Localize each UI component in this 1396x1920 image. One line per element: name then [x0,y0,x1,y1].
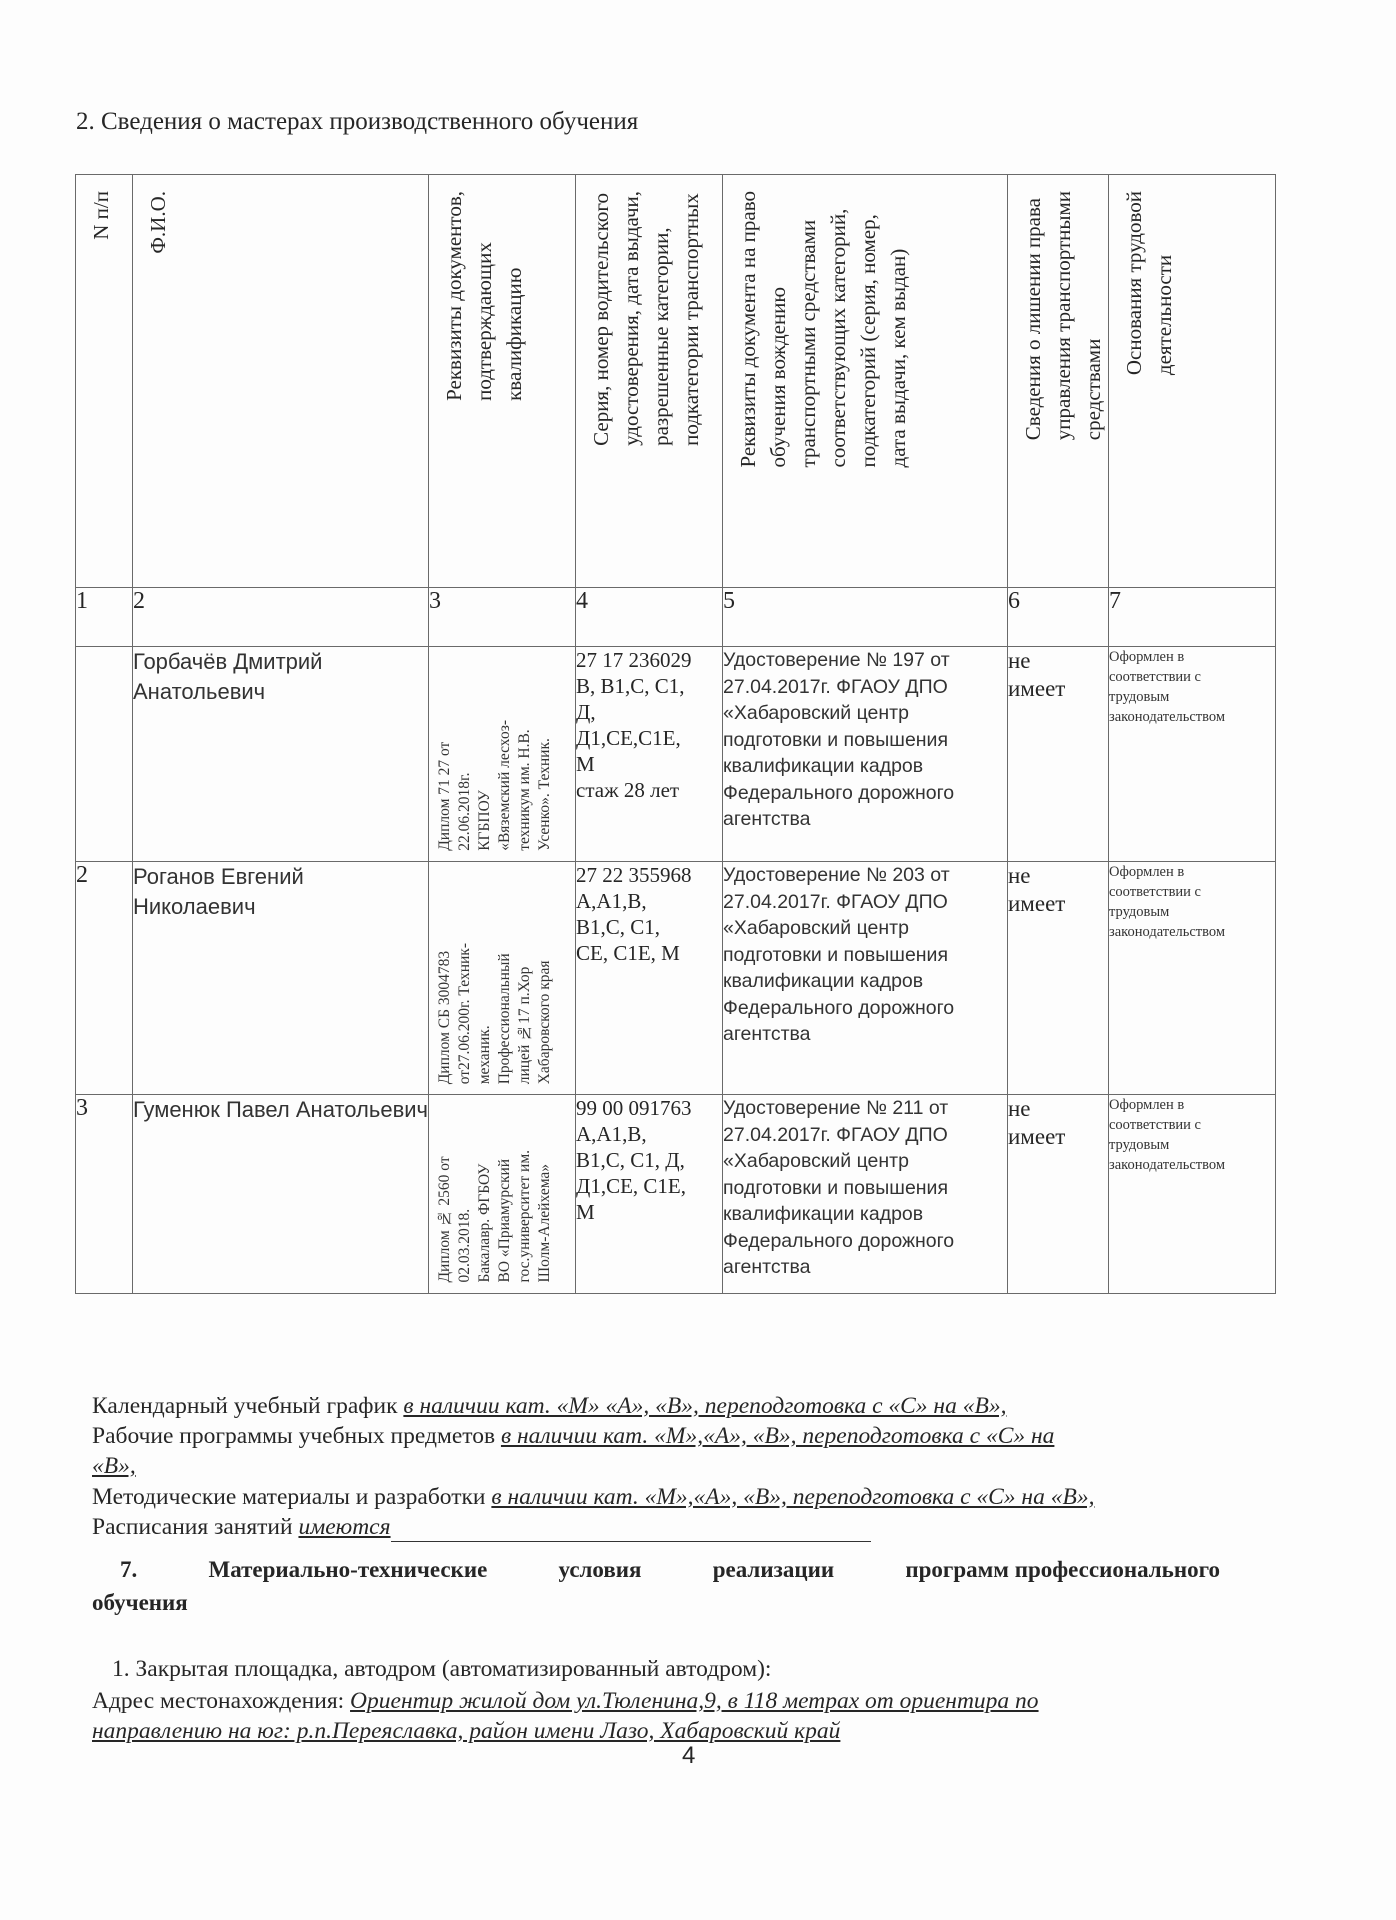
address-label: Адрес местонахождения: [92,1688,350,1714]
table-row: 3 Гуменюк Павел Анатольевич Диплом № 256… [76,1095,1276,1294]
header-deprivation-label: Сведения о лишении права управления тран… [1008,175,1122,456]
qualification-text: Диплом СБ 3004783 от27.06.200г. Техник- … [429,935,563,1094]
calendar-label: Календарный учебный график [92,1393,403,1419]
row-license: 27 22 355968 А,А1,В, В1,С, С1, СЕ, С1Е, … [576,862,723,1095]
qualification-text: Диплом 71 27 от 22.06.2018г. КГБПОУ «Вяз… [429,712,563,861]
row-name: Гуменюк Павел Анатольевич [133,1095,429,1294]
programs-label: Рабочие программы учебных предметов [92,1423,501,1449]
row-certificate: Удостоверение № 211 от 27.04.2017г. ФГАО… [723,1095,1008,1294]
header-basis-label: Основания трудовой деятельности [1109,175,1193,391]
header-name-label: Ф.И.О. [133,175,187,270]
row-name: Горбачёв Дмитрий Анатольевич [133,647,429,862]
page-number: 4 [682,1742,695,1770]
row-certificate: Удостоверение № 197 от 27.04.2017г. ФГАО… [723,647,1008,862]
methods-value: в наличии кат. «М»,«А», «В», переподгото… [491,1484,1094,1510]
section-7-word: реализации [713,1553,834,1586]
schedule-fill-line [391,1514,871,1542]
schedule-line: Расписания занятий имеются [92,1514,871,1542]
table-row: 2 Роганов Евгений Николаевич Диплом СБ 3… [76,862,1276,1095]
header-qualification: Реквизиты документов, подтверждающих ква… [429,175,576,588]
programs-value: в наличии кат. «М»,«А», «В», переподгото… [501,1423,1054,1449]
methods-label: Методические материалы и разработки [92,1484,491,1510]
row-num [76,647,133,862]
row-license: 27 17 236029 В, В1,С, С1, Д, Д1,СЕ,С1Е, … [576,647,723,862]
row-license: 99 00 091763 А,А1,В, В1,С, С1, Д, Д1,СЕ,… [576,1095,723,1294]
col-number: 3 [429,588,576,647]
header-deprivation: Сведения о лишении права управления тран… [1008,175,1109,588]
header-num: N п/п [76,175,133,588]
header-num-label: N п/п [76,175,130,256]
row-qualification: Диплом № 2560 от 02.03.2018. Бакалавр. Ф… [429,1095,576,1294]
header-certificate-label: Реквизиты документа на право обучения во… [723,175,927,483]
row-name: Роганов Евгений Николаевич [133,862,429,1095]
calendar-line: Календарный учебный график в наличии кат… [92,1393,1006,1420]
methods-line: Методические материалы и разработки в на… [92,1484,1094,1511]
column-number-row: 1 2 3 4 5 6 7 [76,588,1276,647]
header-basis: Основания трудовой деятельности [1109,175,1276,588]
programs-value-cont: «В», [92,1453,136,1479]
row-basis: Оформлен в соответствии с трудовым закон… [1109,1095,1276,1294]
col-number: 1 [76,588,133,647]
header-certificate: Реквизиты документа на право обучения во… [723,175,1008,588]
section-7-word: программ профессионального [905,1553,1220,1586]
address-value-cont: направлению на юг: р.п.Переяславка, райо… [92,1718,840,1744]
address-line: Адрес местонахождения: Ориентир жилой до… [92,1688,1039,1715]
schedule-value: имеются [298,1514,390,1540]
header-name: Ф.И.О. [133,175,429,588]
col-number: 4 [576,588,723,647]
row-qualification: Диплом 71 27 от 22.06.2018г. КГБПОУ «Вяз… [429,647,576,862]
table-row: Горбачёв Дмитрий Анатольевич Диплом 71 2… [76,647,1276,862]
header-row: N п/п Ф.И.О. Реквизиты документов, подтв… [76,175,1276,588]
col-number: 7 [1109,588,1276,647]
schedule-label: Расписания занятий [92,1514,298,1540]
row-certificate: Удостоверение № 203 от 27.04.2017г. ФГАО… [723,862,1008,1095]
section-7-heading: 7. Материально-технические условия реали… [92,1553,1220,1619]
calendar-value: в наличии кат. «М» «А», «В», переподгото… [403,1393,1006,1419]
row-basis: Оформлен в соответствии с трудовым закон… [1109,862,1276,1095]
address-line-cont: направлению на юг: р.п.Переяславка, райо… [92,1718,840,1745]
header-license-label: Серия, номер водительского удостоверения… [576,175,720,462]
col-number: 5 [723,588,1008,647]
header-license: Серия, номер водительского удостоверения… [576,175,723,588]
col-number: 6 [1008,588,1109,647]
col-number: 2 [133,588,429,647]
row-num: 2 [76,862,133,1095]
section-7-word: Материально-технические [209,1553,488,1586]
section-7-number: 7. [120,1553,137,1586]
row-deprivation: не имеет [1008,862,1109,1095]
row-deprivation: не имеет [1008,647,1109,862]
qualification-text: Диплом № 2560 от 02.03.2018. Бакалавр. Ф… [429,1142,563,1293]
masters-table: N п/п Ф.И.О. Реквизиты документов, подтв… [75,174,1276,1294]
header-qualification-label: Реквизиты документов, подтверждающих ква… [429,175,543,417]
row-basis: Оформлен в соответствии с трудовым закон… [1109,647,1276,862]
programs-line-cont: «В», [92,1453,136,1480]
section-title: 2. Сведения о мастерах производственного… [76,108,638,136]
row-deprivation: не имеет [1008,1095,1109,1294]
programs-line: Рабочие программы учебных предметов в на… [92,1423,1054,1450]
item-1-title: 1. Закрытая площадка, автодром (автомати… [112,1656,771,1683]
row-qualification: Диплом СБ 3004783 от27.06.200г. Техник- … [429,862,576,1095]
section-7-line2: обучения [92,1586,1220,1619]
section-7-word: условия [559,1553,642,1586]
address-value: Ориентир жилой дом ул.Тюленина,9, в 118 … [350,1688,1039,1714]
row-num: 3 [76,1095,133,1294]
